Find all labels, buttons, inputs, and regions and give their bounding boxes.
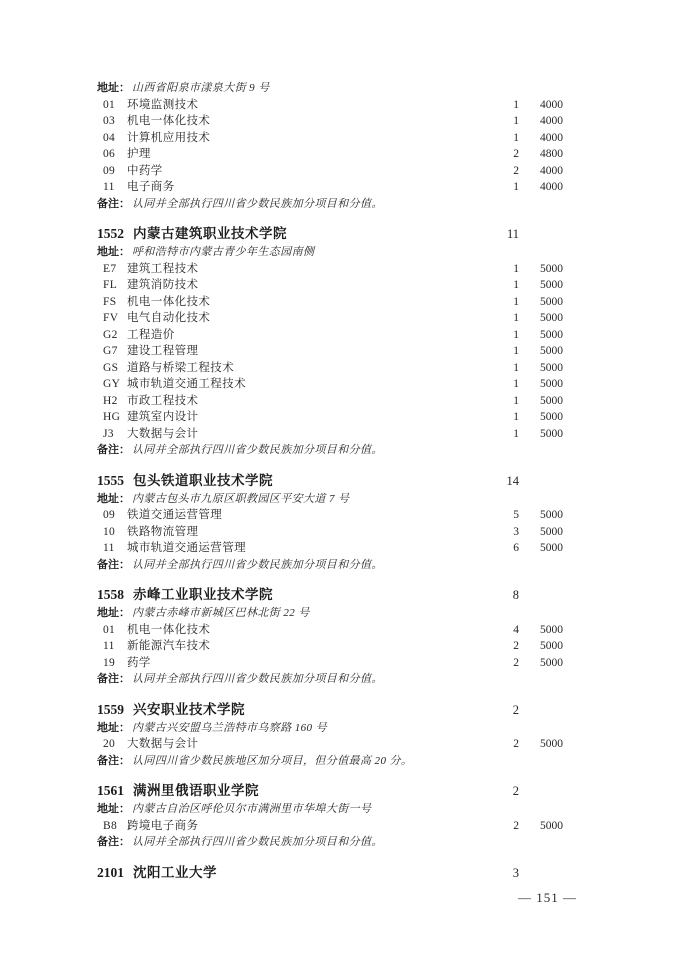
address-row: 地址：内蒙古包头市九原区职教园区平安大道 7 号 [97, 491, 563, 508]
course-row: 04计算机应用技术14000 [97, 130, 563, 147]
course-fee: 4000 [519, 113, 563, 130]
course-count: 1 [489, 113, 519, 130]
course-row: B8跨境电子商务25000 [97, 818, 563, 835]
course-count: 1 [489, 376, 519, 393]
course-name: 大数据与会计 [127, 736, 489, 753]
course-row: G2工程造价15000 [97, 327, 563, 344]
course-count: 1 [489, 409, 519, 426]
course-name: 电子商务 [127, 179, 489, 196]
course-count: 1 [489, 426, 519, 443]
address-row: 地址：呼和浩特市内蒙古青少年生态园南侧 [97, 244, 563, 261]
course-count: 1 [489, 343, 519, 360]
course-code: GY [97, 376, 127, 393]
course-row: 09铁道交通运营管理55000 [97, 507, 563, 524]
course-name: 大数据与会计 [127, 426, 489, 443]
course-name: 机电一体化技术 [127, 113, 489, 130]
course-count: 2 [489, 146, 519, 163]
course-row: HG建筑室内设计15000 [97, 409, 563, 426]
address-row: 地址：内蒙古自治区呼伦贝尔市满洲里市华埠大街一号 [97, 801, 563, 818]
course-row: J3大数据与会计15000 [97, 426, 563, 443]
course-name: 中药学 [127, 163, 489, 180]
institution-code: 1559 [97, 700, 124, 720]
course-row: 06护理24800 [97, 146, 563, 163]
course-fee: 5000 [519, 638, 563, 655]
course-code: 09 [97, 163, 127, 180]
institution-name: 满洲里俄语职业学院 [133, 781, 489, 801]
institution-header-row: 2101沈阳工业大学3 [97, 863, 563, 883]
course-row: 03机电一体化技术14000 [97, 113, 563, 130]
course-count: 2 [489, 163, 519, 180]
course-fee: 5000 [519, 393, 563, 410]
institution-name: 兴安职业技术学院 [133, 700, 489, 720]
course-row: FV电气自动化技术15000 [97, 310, 563, 327]
course-fee: 4000 [519, 179, 563, 196]
page-number: — 151 — [518, 890, 577, 906]
course-fee: 4000 [519, 130, 563, 147]
address-text: 内蒙古赤峰市新城区巴林北街 22 号 [132, 605, 563, 622]
note-text: 认同并全部执行四川省少数民族加分项目和分值。 [132, 671, 563, 688]
course-name: 道路与桥梁工程技术 [127, 360, 489, 377]
address-text: 山西省阳泉市漾泉大街 9 号 [132, 80, 563, 97]
course-count: 1 [489, 277, 519, 294]
course-count: 3 [489, 524, 519, 541]
course-code: 19 [97, 655, 127, 672]
course-row: 11电子商务14000 [97, 179, 563, 196]
course-name: 护理 [127, 146, 489, 163]
course-name: 建筑工程技术 [127, 261, 489, 278]
address-text: 内蒙古兴安盟乌兰浩特市乌察路 160 号 [132, 720, 563, 737]
course-count: 6 [489, 540, 519, 557]
course-row: 20大数据与会计25000 [97, 736, 563, 753]
course-code: 01 [97, 622, 127, 639]
note-label: 备注： [97, 557, 130, 574]
course-count: 1 [489, 130, 519, 147]
course-fee: 5000 [519, 507, 563, 524]
course-name: 电气自动化技术 [127, 310, 489, 327]
course-code: E7 [97, 261, 127, 278]
course-row: E7建筑工程技术15000 [97, 261, 563, 278]
address-row: 地址：山西省阳泉市漾泉大街 9 号 [97, 80, 563, 97]
note-label: 备注： [97, 671, 130, 688]
institution-header-row: 1555包头铁道职业技术学院14 [97, 471, 563, 491]
course-count: 1 [489, 261, 519, 278]
address-label: 地址： [97, 80, 130, 97]
institution-total: 11 [489, 224, 519, 244]
institution-header-row: 1559兴安职业技术学院2 [97, 700, 563, 720]
course-fee: 5000 [519, 818, 563, 835]
course-name: 城市轨道交通运营管理 [127, 540, 489, 557]
course-name: 环境监测技术 [127, 97, 489, 114]
course-name: 跨境电子商务 [127, 818, 489, 835]
institution-section: 2101沈阳工业大学3 [97, 863, 563, 883]
institution-total: 8 [489, 585, 519, 605]
course-name: 机电一体化技术 [127, 294, 489, 311]
institution-header-row: 1552内蒙古建筑职业技术学院11 [97, 224, 563, 244]
institution-code: 1552 [97, 224, 124, 244]
institution-name: 内蒙古建筑职业技术学院 [133, 224, 489, 244]
course-fee: 5000 [519, 343, 563, 360]
course-code: B8 [97, 818, 127, 835]
course-fee: 4800 [519, 146, 563, 163]
course-code: FL [97, 277, 127, 294]
course-count: 1 [489, 179, 519, 196]
institution-name: 沈阳工业大学 [133, 863, 489, 883]
course-count: 2 [489, 818, 519, 835]
institution-name: 包头铁道职业技术学院 [133, 471, 489, 491]
document-page: 地址：山西省阳泉市漾泉大街 9 号01环境监测技术1400003机电一体化技术1… [0, 0, 680, 961]
course-count: 4 [489, 622, 519, 639]
course-count: 1 [489, 393, 519, 410]
note-text: 认同并全部执行四川省少数民族加分项目和分值。 [132, 834, 563, 851]
course-row: FS机电一体化技术15000 [97, 294, 563, 311]
address-row: 地址：内蒙古兴安盟乌兰浩特市乌察路 160 号 [97, 720, 563, 737]
course-count: 2 [489, 655, 519, 672]
course-code: HG [97, 409, 127, 426]
course-row: 01环境监测技术14000 [97, 97, 563, 114]
institution-section: 1558赤峰工业职业技术学院8地址：内蒙古赤峰市新城区巴林北街 22 号01机电… [97, 585, 563, 688]
course-code: H2 [97, 393, 127, 410]
note-row: 备注：认同并全部执行四川省少数民族加分项目和分值。 [97, 442, 563, 459]
course-count: 5 [489, 507, 519, 524]
course-name: 铁道交通运营管理 [127, 507, 489, 524]
course-fee: 5000 [519, 360, 563, 377]
institution-code: 1561 [97, 781, 124, 801]
note-label: 备注： [97, 196, 130, 213]
course-code: GS [97, 360, 127, 377]
address-label: 地址： [97, 244, 130, 261]
course-fee: 5000 [519, 622, 563, 639]
course-code: 11 [97, 540, 127, 557]
course-count: 1 [489, 97, 519, 114]
course-count: 1 [489, 327, 519, 344]
course-count: 1 [489, 294, 519, 311]
note-row: 备注：认同并全部执行四川省少数民族加分项目和分值。 [97, 196, 563, 213]
course-fee: 5000 [519, 277, 563, 294]
note-text: 认同并全部执行四川省少数民族加分项目和分值。 [132, 196, 563, 213]
institution-section: 1555包头铁道职业技术学院14地址：内蒙古包头市九原区职教园区平安大道 7 号… [97, 471, 563, 574]
course-name: 建设工程管理 [127, 343, 489, 360]
institution-total: 2 [489, 781, 519, 801]
course-fee: 5000 [519, 327, 563, 344]
address-text: 内蒙古自治区呼伦贝尔市满洲里市华埠大街一号 [132, 801, 563, 818]
course-name: 药学 [127, 655, 489, 672]
course-name: 建筑消防技术 [127, 277, 489, 294]
note-row: 备注：认同并全部执行四川省少数民族加分项目和分值。 [97, 557, 563, 574]
institution-header-row: 1558赤峰工业职业技术学院8 [97, 585, 563, 605]
institution-total: 14 [489, 471, 519, 491]
course-fee: 5000 [519, 655, 563, 672]
institution-code: 1558 [97, 585, 124, 605]
course-name: 机电一体化技术 [127, 622, 489, 639]
course-row: G7建设工程管理15000 [97, 343, 563, 360]
institution-section: 1559兴安职业技术学院2地址：内蒙古兴安盟乌兰浩特市乌察路 160 号20大数… [97, 700, 563, 770]
course-code: 04 [97, 130, 127, 147]
note-text: 认同并全部执行四川省少数民族加分项目和分值。 [132, 442, 563, 459]
course-name: 工程造价 [127, 327, 489, 344]
course-name: 建筑室内设计 [127, 409, 489, 426]
course-row: H2市政工程技术15000 [97, 393, 563, 410]
course-fee: 5000 [519, 310, 563, 327]
course-code: J3 [97, 426, 127, 443]
course-row: 01机电一体化技术45000 [97, 622, 563, 639]
address-text: 内蒙古包头市九原区职教园区平安大道 7 号 [132, 491, 563, 508]
course-code: 06 [97, 146, 127, 163]
course-name: 城市轨道交通工程技术 [127, 376, 489, 393]
course-name: 新能源汽车技术 [127, 638, 489, 655]
institution-code: 1555 [97, 471, 124, 491]
course-name: 计算机应用技术 [127, 130, 489, 147]
course-row: GS道路与桥梁工程技术15000 [97, 360, 563, 377]
course-code: 01 [97, 97, 127, 114]
note-label: 备注： [97, 753, 130, 770]
course-code: G2 [97, 327, 127, 344]
institution-header-row: 1561满洲里俄语职业学院2 [97, 781, 563, 801]
institution-total: 2 [489, 700, 519, 720]
course-code: G7 [97, 343, 127, 360]
course-code: FV [97, 310, 127, 327]
course-code: 03 [97, 113, 127, 130]
institution-name: 赤峰工业职业技术学院 [133, 585, 489, 605]
address-label: 地址： [97, 605, 130, 622]
course-code: 20 [97, 736, 127, 753]
note-label: 备注： [97, 442, 130, 459]
course-code: FS [97, 294, 127, 311]
course-fee: 5000 [519, 426, 563, 443]
note-text: 认同并全部执行四川省少数民族加分项目和分值。 [132, 557, 563, 574]
course-fee: 4000 [519, 163, 563, 180]
course-row: 09中药学24000 [97, 163, 563, 180]
course-fee: 5000 [519, 294, 563, 311]
address-label: 地址： [97, 720, 130, 737]
course-row: GY城市轨道交通工程技术15000 [97, 376, 563, 393]
course-row: 19药学25000 [97, 655, 563, 672]
note-row: 备注：认同并全部执行四川省少数民族加分项目和分值。 [97, 834, 563, 851]
address-label: 地址： [97, 801, 130, 818]
note-label: 备注： [97, 834, 130, 851]
address-label: 地址： [97, 491, 130, 508]
note-row: 备注：认同四川省少数民族地区加分项目，但分值最高 20 分。 [97, 753, 563, 770]
course-row: FL建筑消防技术15000 [97, 277, 563, 294]
note-row: 备注：认同并全部执行四川省少数民族加分项目和分值。 [97, 671, 563, 688]
course-count: 1 [489, 360, 519, 377]
course-fee: 5000 [519, 409, 563, 426]
address-text: 呼和浩特市内蒙古青少年生态园南侧 [132, 244, 563, 261]
course-code: 09 [97, 507, 127, 524]
course-count: 1 [489, 310, 519, 327]
course-row: 10铁路物流管理35000 [97, 524, 563, 541]
institution-section: 地址：山西省阳泉市漾泉大街 9 号01环境监测技术1400003机电一体化技术1… [97, 80, 563, 212]
course-fee: 5000 [519, 261, 563, 278]
course-count: 2 [489, 736, 519, 753]
course-code: 11 [97, 638, 127, 655]
institution-code: 2101 [97, 863, 124, 883]
course-name: 市政工程技术 [127, 393, 489, 410]
institution-total: 3 [489, 863, 519, 883]
course-row: 11城市轨道交通运营管理65000 [97, 540, 563, 557]
course-row: 11新能源汽车技术25000 [97, 638, 563, 655]
course-code: 11 [97, 179, 127, 196]
course-fee: 4000 [519, 97, 563, 114]
course-name: 铁路物流管理 [127, 524, 489, 541]
course-fee: 5000 [519, 376, 563, 393]
course-fee: 5000 [519, 524, 563, 541]
institution-section: 1561满洲里俄语职业学院2地址：内蒙古自治区呼伦贝尔市满洲里市华埠大街一号B8… [97, 781, 563, 851]
course-code: 10 [97, 524, 127, 541]
course-fee: 5000 [519, 736, 563, 753]
address-row: 地址：内蒙古赤峰市新城区巴林北街 22 号 [97, 605, 563, 622]
admissions-list: 地址：山西省阳泉市漾泉大街 9 号01环境监测技术1400003机电一体化技术1… [97, 80, 563, 883]
course-fee: 5000 [519, 540, 563, 557]
note-text: 认同四川省少数民族地区加分项目，但分值最高 20 分。 [132, 753, 563, 770]
institution-section: 1552内蒙古建筑职业技术学院11地址：呼和浩特市内蒙古青少年生态园南侧E7建筑… [97, 224, 563, 459]
course-count: 2 [489, 638, 519, 655]
